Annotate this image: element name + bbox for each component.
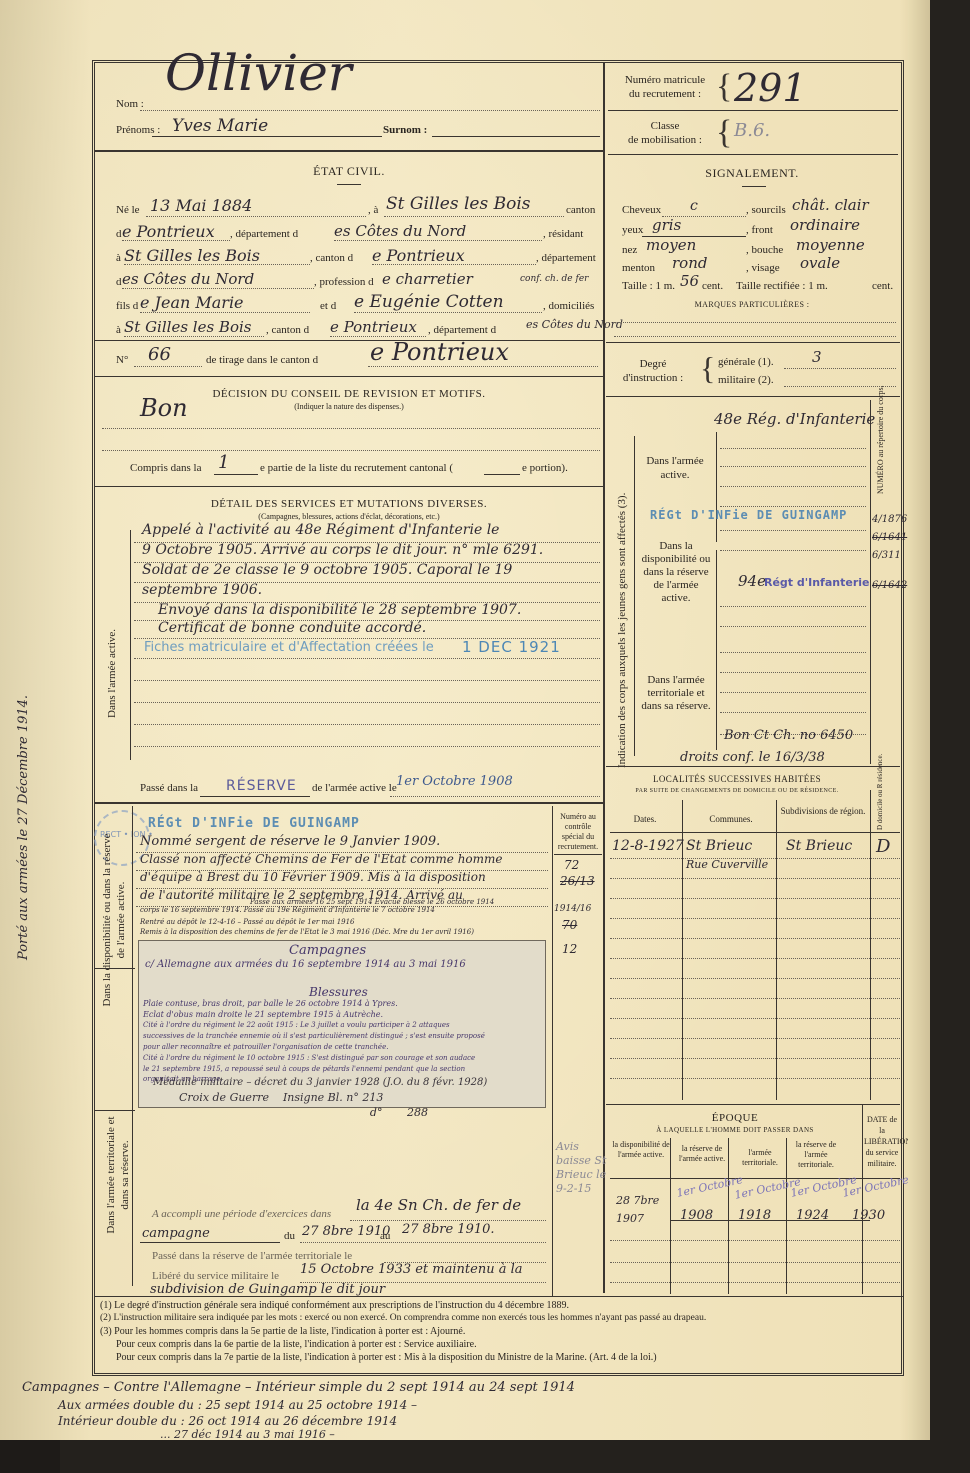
reserve-line: d'équipe à Brest du 10 Février 1909. Mis…	[140, 870, 486, 884]
service-line: Certificat de bonne conduite accordé.	[158, 620, 426, 636]
ne-le-label: Né le	[116, 204, 140, 216]
a-label: , à	[368, 204, 378, 216]
bouche-value: moyenne	[796, 236, 865, 254]
canton-label-3: , canton d	[266, 324, 309, 336]
front-label: , front	[746, 224, 773, 236]
localite-commune: St Brieuc	[686, 838, 752, 854]
numero-controle-header: Numéro au contrôle spécial du recrutemen…	[554, 812, 602, 852]
profession-note: conf. ch. de fer	[520, 274, 588, 284]
instruction-generale-value: 3	[812, 348, 822, 366]
classe-label-2: de mobilisation :	[610, 134, 720, 146]
au-value: 27 8bre 1910.	[402, 1222, 495, 1237]
campagnes-line: c/ Allemagne aux armées du 16 septembre …	[145, 959, 466, 970]
corps-disponibilite-label: Dans la disponibilité ou dans la réserve…	[638, 540, 714, 605]
cent-label: cent.	[702, 280, 723, 292]
epoque-subtitle: À LAQUELLE L'HOMME DOIT PASSER DANS	[610, 1126, 860, 1134]
nez-value: moyen	[646, 236, 696, 254]
etat-civil-title: ÉTAT CIVIL.	[95, 164, 603, 179]
footnote-3b: Pour ceux compris dans la 6e partie de l…	[116, 1339, 477, 1350]
cent-label-2: cent.	[872, 280, 893, 292]
taille-value: 56	[680, 272, 699, 290]
au-label: au	[380, 1230, 390, 1242]
stamp-guingamp-2: RÉGt D'INFie DE GUINGAMP	[148, 816, 360, 831]
degre-label-2: d'instruction :	[610, 372, 696, 384]
compris-label: Compris dans la	[130, 462, 202, 474]
footnote-3: (3) Pour les hommes compris dans la 5e p…	[100, 1326, 465, 1337]
numero-controle-value: 70	[562, 918, 577, 932]
classe-value: B.6.	[734, 120, 770, 141]
service-line: 9 Octobre 1905. Arrivé au corps le dit j…	[142, 542, 543, 558]
profession: e charretier	[382, 270, 473, 288]
libere-label: Libéré du service militaire le	[152, 1270, 279, 1282]
services-title: DÉTAIL DES SERVICES ET MUTATIONS DIVERSE…	[95, 498, 603, 510]
residence-prefix: à	[116, 252, 121, 264]
reserve-line: Classé non affecté Chemins de Fer de l'E…	[140, 852, 503, 866]
canton-prefix: d	[116, 228, 122, 240]
departement-prefix: d	[116, 276, 122, 288]
decision-value: Bon	[140, 394, 188, 422]
menton-value: rond	[672, 254, 707, 272]
cheveux-value: c	[690, 198, 698, 214]
pasted-line: Eclat d'obus main droite le 21 septembre…	[143, 1010, 383, 1019]
libere-value-1: 15 Octobre 1933 et maintenu à la	[300, 1262, 523, 1277]
localite-commune-street: Rue Cuverville	[686, 858, 768, 871]
territoriale-side-label: Dans l'armée territoriale et dans sa rés…	[104, 1110, 132, 1240]
matricule-label-1: Numéro matricule	[610, 74, 720, 86]
reserve-line: corps le 16 septembre 1914. Passé au 19e…	[140, 906, 435, 914]
visage-label: , visage	[746, 262, 780, 274]
pasted-note: Campagnes c/ Allemagne aux armées du 16 …	[138, 940, 546, 1108]
nom-label: Nom :	[116, 98, 144, 110]
bottom-note-line: Aux armées double du : 25 sept 1914 au 2…	[58, 1398, 417, 1412]
corps-active-value: 48e Rég. d'Infanterie	[714, 410, 875, 428]
partie-value: 1	[218, 452, 229, 473]
stamp-reserve: RÉSERVE	[226, 778, 297, 794]
bottom-note-line: Campagnes – Contre l'Allemagne – Intérie…	[22, 1380, 575, 1395]
pasted-line: Cité à l'ordre du régiment le 22 août 19…	[143, 1021, 450, 1029]
pasted-line-medaille: Médaille militaire – décret du 3 janvier…	[153, 1077, 487, 1088]
service-line: Envoyé dans la disponibilité le 28 septe…	[158, 602, 521, 618]
tirage-label: de tirage dans le canton d	[206, 354, 318, 366]
yeux-label: yeux	[622, 224, 643, 236]
service-line: Soldat de 2e classe le 9 octobre 1905. C…	[142, 562, 512, 578]
epoque-col-territoriale: l'armée territoriale.	[734, 1148, 786, 1168]
departement-label: , département d	[230, 228, 298, 240]
repertoire-value: 6/311	[872, 550, 901, 561]
numero-controle-value: 26/13	[560, 874, 595, 888]
departement-label-2: , département	[536, 252, 596, 264]
et-de-label: et d	[320, 300, 336, 312]
footnote-1: (1) Le degré d'instruction générale sera…	[100, 1300, 569, 1311]
marques-title: MARQUES PARTICULIÈRES :	[606, 300, 898, 309]
localite-subdivision: St Brieuc	[786, 838, 852, 854]
tirage-canton: e Pontrieux	[370, 338, 509, 366]
liberation-header: DATE de la LIBÉRATION du service militai…	[864, 1114, 900, 1169]
blessures-title: Blessures	[309, 985, 368, 999]
sourcils-value: chât. clair	[792, 196, 869, 214]
prenoms-value: Yves Marie	[172, 116, 268, 136]
periode-value-1: la 4e Sn Ch. de fer de	[356, 1196, 521, 1214]
taille-label: Taille : 1 m.	[622, 280, 675, 292]
col-dates: Dates.	[610, 814, 680, 824]
corps-note-1: Bon Ct Ch. no 6450	[724, 728, 853, 743]
surnom-label: Surnom :	[383, 124, 427, 136]
nom-value: Ollivier	[165, 44, 352, 102]
epoque-col-reserve-active: la réserve de l'armée active.	[672, 1144, 732, 1164]
pasted-line: Plaie contuse, bras droit, par balle le …	[143, 999, 398, 1008]
residant-label: , résidant	[543, 228, 583, 240]
nez-label: nez	[622, 244, 637, 256]
bouche-label: , bouche	[746, 244, 783, 256]
left-margin-note: Porté aux armées le 27 Décembre 1914.	[16, 695, 31, 960]
stamp-94e-regiment: Régt d'Infanterie	[764, 576, 869, 589]
corps-disponibilite-prefix: 94e	[738, 572, 766, 590]
taille-rectifiee-label: Taille rectifiée : 1 m.	[736, 280, 828, 292]
epoque-value-disponibilite: 28 7bre 1907	[616, 1192, 668, 1228]
passe-reserve-label: Passé dans la	[140, 782, 198, 794]
birth-canton: e Pontrieux	[122, 222, 215, 241]
corps-territoriale-label: Dans l'armée territoriale et dans sa rés…	[638, 674, 714, 713]
numero-controle-value: 1914/16	[554, 904, 591, 914]
services-active-side-label: Dans l'armée active.	[106, 629, 118, 718]
domicile-prefix: à	[116, 324, 121, 336]
cheveux-label: Cheveux	[622, 204, 661, 216]
footnote-2: (2) L'instruction militaire sera indiqué…	[100, 1313, 706, 1323]
corps-active-label: Dans l'armée active.	[640, 454, 710, 482]
du-label: du	[284, 1230, 295, 1242]
col-communes: Communes.	[686, 814, 776, 824]
corps-vertical-label: Indication des corps auxquels les jeunes…	[616, 493, 628, 768]
canton-label: canton	[566, 204, 595, 216]
repertoire-value: 4/1876	[872, 514, 907, 525]
localite-date: 12-8-1927	[612, 838, 684, 854]
pasted-line: pour aller reconnaître et patrouiller l'…	[143, 1043, 388, 1051]
passe-reserve-label-2: de l'armée active le	[312, 782, 397, 794]
services-subtitle: (Campagnes, blessures, actions d'éclat, …	[95, 512, 603, 521]
localites-title: LOCALITÉS SUCCESSIVES HABITÉES	[606, 774, 868, 784]
numero-controle-value: 12	[562, 942, 577, 956]
campagnes-title: Campagnes	[289, 943, 366, 958]
col-domicile: D domicile ou R résidence.	[876, 754, 884, 830]
domicilies-label: , domiciliés	[543, 300, 594, 312]
background-below-page	[60, 1440, 970, 1473]
periode-label: A accompli une période d'exercices dans	[152, 1208, 331, 1220]
du-value: 27 8bre 1910	[302, 1224, 390, 1239]
reserve-line: Nommé sergent de réserve le 9 Janvier 19…	[140, 834, 440, 849]
menton-label: menton	[622, 262, 655, 274]
front-value: ordinaire	[790, 216, 860, 234]
birth-place: St Gilles les Bois	[386, 194, 530, 214]
residence-canton: e Pontrieux	[372, 246, 465, 265]
portion-label: e portion).	[522, 462, 568, 474]
birth-date: 13 Mai 1884	[150, 196, 252, 215]
page-edge	[908, 0, 930, 1440]
footnote-3c: Pour ceux compris dans la 7e partie de l…	[116, 1352, 657, 1363]
numero-controle-value: 72	[564, 858, 579, 872]
matricule-value: 291	[734, 66, 807, 110]
classe-label-1: Classe	[610, 120, 720, 132]
matricule-label-2: du recrutement :	[610, 88, 720, 100]
corps-note-2: droits conf. le 16/3/38	[680, 750, 825, 765]
service-line: septembre 1906.	[142, 582, 262, 598]
prenoms-label: Prénoms :	[116, 124, 160, 136]
pasted-line: le 21 septembre 1915, a repoussé seul à …	[143, 1065, 465, 1073]
tirage-number: 66	[148, 344, 171, 365]
register-page: 191 291 Porté aux armées le 27 Décembre …	[0, 0, 950, 1440]
repertoire-value: 6/1641	[872, 532, 907, 543]
libere-value-2: subdivision de Guingamp le dit jour	[150, 1282, 385, 1297]
father-name: e Jean Marie	[140, 293, 244, 312]
instruction-militaire-label: militaire (2).	[718, 374, 774, 386]
col-subdivisions: Subdivisions de région.	[780, 806, 866, 817]
pasted-line-croix: Croix de Guerre Insigne Bl. n° 213	[179, 1091, 383, 1104]
epoque-col-disponibilite: la disponibilité de l'armée active.	[612, 1140, 670, 1160]
epoque-title: ÉPOQUE	[610, 1112, 860, 1124]
stamp-date: 1 DEC 1921	[462, 638, 561, 656]
residence: St Gilles les Bois	[124, 246, 260, 265]
domicile-departement: es Côtes du Nord	[526, 318, 623, 331]
stamp-fiches: Fiches matriculaire et d'Affectation cré…	[144, 640, 434, 655]
stamp-guingamp-1: RÉGt D'INFie DE GUINGAMP	[650, 508, 847, 522]
service-line: Appelé à l'activité au 48e Régiment d'In…	[142, 522, 499, 538]
partie-label: e partie de la liste du recrutement cant…	[260, 462, 453, 474]
periode-value-2: campagne	[142, 1226, 210, 1241]
profession-label: , profession d	[314, 276, 374, 288]
yeux-value: gris	[652, 216, 681, 234]
pasted-line: successives de la tranchée ennemie où il…	[143, 1032, 485, 1040]
tirage-no-label: N°	[116, 354, 128, 366]
passe-territoriale-label: Passé dans la réserve de l'armée territo…	[152, 1250, 352, 1262]
localite-type: D	[876, 836, 890, 857]
repertoire-label: NUMÉRO au répertoire du corps.	[876, 385, 885, 494]
fils-de-label: fils d	[116, 300, 138, 312]
birth-departement: es Côtes du Nord	[334, 222, 466, 240]
passe-reserve-date: 1er Octobre 1908	[396, 774, 513, 789]
binding-spine	[930, 0, 970, 1473]
domicile: St Gilles les Bois	[124, 318, 251, 336]
epoque-col-reserve-territoriale: la réserve de l'armée territoriale.	[788, 1140, 844, 1170]
reserve-line: Rentré au dépôt le 12-4-16 – Passé au dé…	[140, 918, 355, 926]
reserve-line: Passé aux armées 16 25 sept 1914 Évacué …	[250, 898, 494, 906]
instruction-generale-label: générale (1).	[718, 356, 774, 368]
epoque-margin-note: Avis baisse St Brieuc le 9-2-15	[556, 1140, 608, 1196]
repertoire-value: 6/1642	[872, 580, 907, 591]
reserve-line: Remis à la disposition des chemins de fe…	[140, 928, 474, 936]
degre-label-1: Degré	[610, 358, 696, 370]
visage-value: ovale	[800, 254, 840, 272]
signalement-title: SIGNALEMENT.	[606, 166, 898, 181]
departement-label-3: , département d	[428, 324, 496, 336]
domicile-canton: e Pontrieux	[330, 318, 417, 336]
residence-departement: es Côtes du Nord	[122, 270, 254, 288]
localites-subtitle: PAR SUITE DE CHANGEMENTS DE DOMICILE OU …	[606, 788, 868, 794]
pasted-line-do: d° 288	[300, 1106, 428, 1119]
bottom-note-line: Intérieur double du : 26 oct 1914 au 26 …	[58, 1414, 397, 1428]
mother-name: e Eugénie Cotten	[354, 292, 504, 312]
sourcils-label: , sourcils	[746, 204, 786, 216]
pasted-line: Cité à l'ordre du régiment le 10 octobre…	[143, 1054, 475, 1062]
canton-label-2: , canton d	[310, 252, 353, 264]
reserve-side-label: Dans la disponibilité ou dans la réserve…	[100, 830, 128, 1010]
